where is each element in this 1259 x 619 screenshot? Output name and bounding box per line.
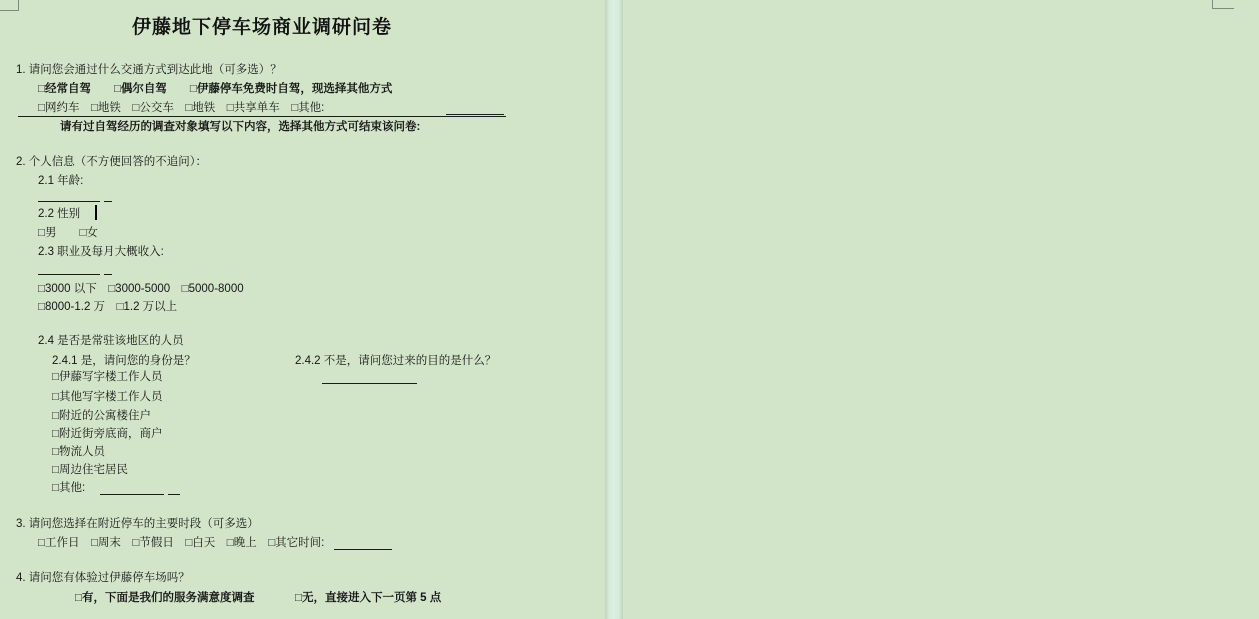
paragraph[interactable]: □附近街旁底商，商户 xyxy=(0,427,605,441)
text-run[interactable]: 2.4.2 不是，请问您过来的目的是什么？ xyxy=(295,354,496,368)
text-run[interactable]: □男 □女 xyxy=(38,226,98,240)
paragraph[interactable]: 2.2 性别 xyxy=(0,207,605,221)
paragraph[interactable]: （4）是否能很容易发现去商场、写字楼电梯的标识，出口引导标识是否合理？ xyxy=(623,46,1259,60)
text-run[interactable]: □其他: xyxy=(52,481,88,495)
text-run[interactable]: 4. 请问您有体验过伊藤停车场吗？ xyxy=(16,571,190,585)
paragraph[interactable]: □一直都在伊藤停，没有考虑其他停车场，图个方便 xyxy=(623,264,1259,278)
text-run[interactable]: 2. 个人信息（不方便回答的不追问）： xyxy=(16,155,207,169)
margin-crop-mark xyxy=(18,0,19,11)
text-run[interactable]: □无，直接进入下一页第 5 点 xyxy=(295,591,441,605)
paragraph[interactable]: □是，麻烦您回答最后两个问题□否，结束该问卷 xyxy=(623,463,1259,477)
paragraph[interactable]: □是□否如果乐意可说明理由: xyxy=(623,210,1259,224)
margin-crop-mark xyxy=(0,10,19,11)
paragraph[interactable]: □是□否如果乐意可说明理由: xyxy=(623,137,1259,151)
fill-in-blank[interactable] xyxy=(104,262,112,275)
paragraph[interactable]: □3000 以下 □3000-5000 □5000-8000 xyxy=(0,282,605,296)
fill-in-blank[interactable] xyxy=(18,104,506,117)
text-run[interactable]: □物流人员 xyxy=(52,445,105,459)
text-run[interactable]: □周边住宅居民 xyxy=(52,463,128,477)
paragraph[interactable] xyxy=(0,261,605,275)
paragraph[interactable]: 6. 是否使用过周边其他停车场？ xyxy=(623,444,1259,458)
paragraph[interactable]: 2.4.1 是，请问您的身份是？2.4.2 不是，请问您过来的目的是什么？ xyxy=(0,354,605,368)
text-run[interactable]: 2.4 是否是常驻该地区的人员 xyxy=(38,334,184,348)
paragraph[interactable] xyxy=(623,408,1259,422)
document-view: 伊藤地下停车场商业调研问卷 1. 请问您会通过什么交通方式到达此地（可多选）？□… xyxy=(0,0,1259,619)
fill-in-blank[interactable] xyxy=(334,537,392,550)
paragraph[interactable]: □其他写字楼工作人员 xyxy=(0,390,605,404)
fill-in-blank[interactable] xyxy=(322,371,417,384)
paragraph[interactable]: □服务质量下降 xyxy=(623,336,1259,350)
text-run[interactable]: 请有过自驾经历的调查对象填写以下内容，选择其他方式可结束该问卷: xyxy=(60,120,420,134)
page2[interactable]: （3）是否需要车位循迹系统（找车位用的智能化引导标识系统）？□是□否如果乐意可说… xyxy=(623,0,1259,619)
paragraph[interactable]: 请有过自驾经历的调查对象填写以下内容，选择其他方式可结束该问卷: xyxy=(0,120,605,134)
paragraph[interactable]: □是□否如果乐意可说明理由: xyxy=(623,100,1259,114)
paragraph[interactable]: □其他（请具体说明，例如坐地铁等公共交通工具更方便？）: xyxy=(623,391,1259,405)
text-run[interactable]: □附近街旁底商，商户 xyxy=(52,427,162,441)
paragraph[interactable]: （7）是否需要停车场洗车服务？ xyxy=(623,155,1259,169)
paragraph[interactable] xyxy=(0,103,605,117)
paragraph[interactable]: □周边住宅居民 xyxy=(0,463,605,477)
text-run[interactable]: □其他写字楼工作人员 xyxy=(52,390,162,404)
page-gap xyxy=(605,0,623,619)
fill-in-blank[interactable] xyxy=(168,482,180,495)
text-run[interactable]: □3000 以下 □3000-5000 □5000-8000 xyxy=(38,282,244,296)
paragraph[interactable]: □价格更便宜 □设施更完善 □生活、工作更加方便 □服务更好 xyxy=(623,537,1259,551)
paragraph[interactable]: □8000-1.2 万 □1.2 万以上 xyxy=(0,300,605,314)
text-run[interactable]: 2.4.1 是，请问您的身份是？ xyxy=(52,354,196,368)
text-run[interactable]: □有，下面是我们的服务满意度调查 xyxy=(75,591,254,605)
margin-crop-mark xyxy=(1212,8,1234,9)
text-run[interactable]: 2.3 职业及每月大概收入: xyxy=(38,245,164,259)
paragraph[interactable]: □其他: xyxy=(623,556,1259,570)
paragraph[interactable]: 4. 请问您有体验过伊藤停车场吗？ xyxy=(0,571,605,585)
text-run[interactable]: 1. 请问您会通过什么交通方式到达此地（可多选）？ xyxy=(16,63,282,77)
paragraph[interactable]: 2.3 职业及每月大概收入: xyxy=(0,245,605,259)
text-run[interactable]: 2.1 年龄: xyxy=(38,174,83,188)
text-run[interactable]: □经常自驾 □偶尔自驾 □伊藤停车免费时自驾，现选择其他方式 xyxy=(38,82,392,96)
paragraph[interactable]: 6.2 请问选择其他停车场的主要原因是什么？（可多选） xyxy=(623,519,1259,533)
paragraph[interactable] xyxy=(0,188,605,202)
paragraph[interactable]: □设施陈旧，没有及时更新 xyxy=(623,318,1259,332)
page1[interactable]: 伊藤地下停车场商业调研问卷 1. 请问您会通过什么交通方式到达此地（可多选）？□… xyxy=(0,0,605,619)
paragraph[interactable]: （9）缴费离场是否方便快捷，缴费系统是否快速简洁高效？ xyxy=(623,192,1259,206)
paragraph[interactable]: 2.1 年龄: xyxy=(0,174,605,188)
text-run[interactable]: 3. 请问您选择在附近停车的主要时段（可多选） xyxy=(16,517,259,531)
paragraph[interactable]: □是□否如果乐意可说明理由: xyxy=(623,64,1259,78)
paragraph[interactable]: □停街边更方便，还免费 xyxy=(623,372,1259,386)
paragraph[interactable]: □是□否如果乐意可说明理由: xyxy=(623,174,1259,188)
paragraph[interactable]: （5）停车位本身是否满意？ xyxy=(623,82,1259,96)
paragraph[interactable]: □停车费用稍贵 xyxy=(623,300,1259,314)
text-run[interactable]: □伊藤写字楼工作人员 xyxy=(52,370,162,384)
paragraph[interactable]: 2.4 是否是常驻该地区的人员 xyxy=(0,334,605,348)
fill-in-blank[interactable] xyxy=(104,189,112,202)
text-caret xyxy=(95,205,97,220)
paragraph[interactable]: □有，下面是我们的服务满意度调查□无，直接进入下一页第 5 点 xyxy=(0,591,605,605)
paragraph[interactable]: □其他: xyxy=(0,481,605,495)
paragraph[interactable]: 1. 请问您会通过什么交通方式到达此地（可多选）？ xyxy=(0,63,605,77)
text-run[interactable]: □8000-1.2 万 □1.2 万以上 xyxy=(38,300,177,314)
document-title: 伊藤地下停车场商业调研问卷 xyxy=(18,12,506,39)
paragraph[interactable]: 6.1 方便透露您停在哪儿吗？ xyxy=(623,500,1259,514)
text-run[interactable]: □附近的公寓楼住户 xyxy=(52,409,151,423)
paragraph[interactable]: 3. 请问您选择在附近停车的主要时段（可多选） xyxy=(0,517,605,531)
paragraph[interactable]: □男 □女 xyxy=(0,226,605,240)
paragraph[interactable]: 2. 个人信息（不方便回答的不追问）： xyxy=(0,155,605,169)
paragraph[interactable]: （6）是否需要充电桩设施？ xyxy=(623,119,1259,133)
paragraph[interactable]: □物流人员 xyxy=(0,445,605,459)
paragraph[interactable]: □附近的公寓楼住户 xyxy=(0,409,605,423)
paragraph[interactable]: □伊藤写字楼工作人员 xyxy=(0,370,605,384)
text-run[interactable]: 2.2 性别 xyxy=(38,207,80,221)
paragraph[interactable]: □周边停车场更具吸引力 xyxy=(623,354,1259,368)
paragraph[interactable]: 5. 不考虑或者不再考虑伊藤停车场的主要原因是什么？（可多选） xyxy=(623,244,1259,258)
paragraph[interactable]: （3）是否需要车位循迹系统（找车位用的智能化引导标识系统）？ xyxy=(623,9,1259,23)
text-run[interactable]: □工作日 □周末 □节假日 □白天 □晚上 □其它时间: xyxy=(38,536,328,550)
paragraph[interactable]: □经常自驾 □偶尔自驾 □伊藤停车免费时自驾，现选择其他方式 xyxy=(0,82,605,96)
fill-in-blank[interactable] xyxy=(100,482,164,495)
fill-in-blank[interactable] xyxy=(38,189,100,202)
fill-in-blank[interactable] xyxy=(38,262,100,275)
paragraph[interactable]: □是□否如果乐意可说明理由: xyxy=(623,27,1259,41)
paragraph[interactable]: □工作日 □周末 □节假日 □白天 □晚上 □其它时间: xyxy=(0,536,605,550)
